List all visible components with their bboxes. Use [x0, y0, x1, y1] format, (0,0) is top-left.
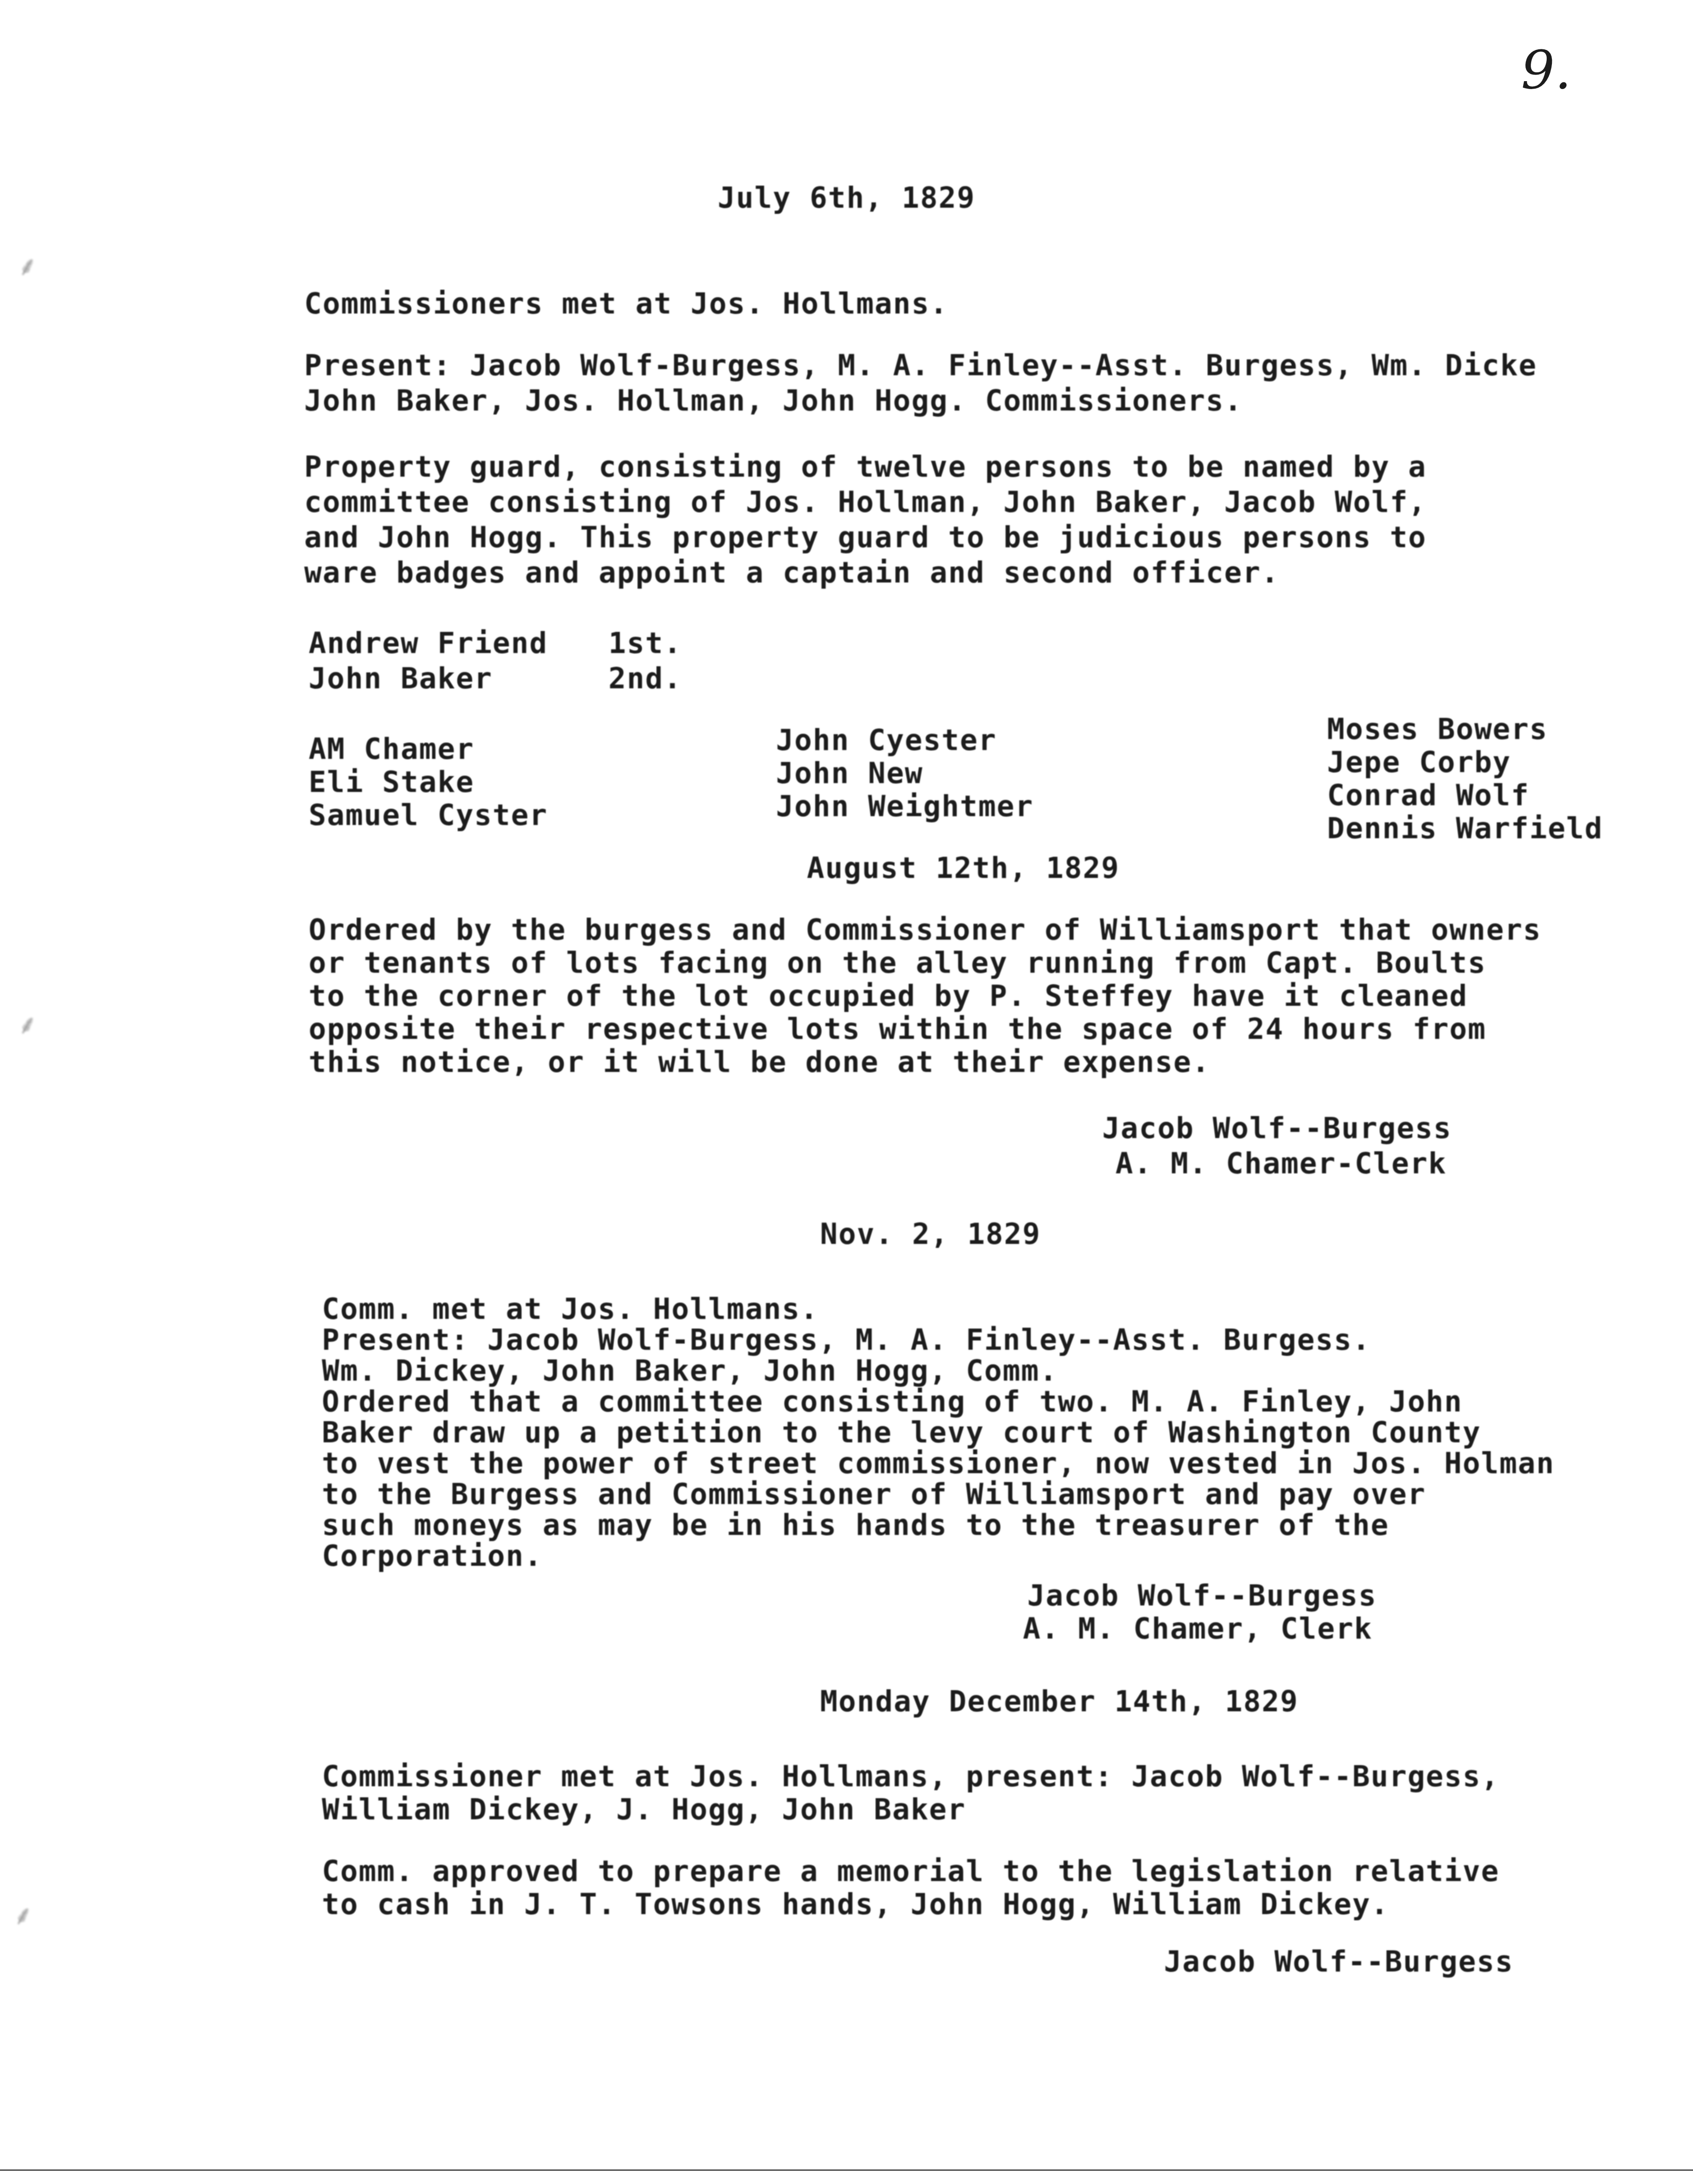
- entry-line: committee consisting of Jos. Hollman, Jo…: [304, 485, 1427, 519]
- page-edge-line: [0, 2169, 1693, 2171]
- entry-line: Commissioner met at Jos. Hollmans, prese…: [322, 1759, 1499, 1793]
- entry-date: Nov. 2, 1829: [820, 1217, 1041, 1251]
- guard-name: Conrad Wolf: [1327, 778, 1529, 812]
- entry-line: to the corner of the lot occupied by P. …: [309, 979, 1468, 1013]
- entry-line: Wm. Dickey, John Baker, John Hogg, Comm.: [322, 1354, 1058, 1388]
- margin-mark: ⸙: [18, 247, 37, 283]
- signature: Jacob Wolf--Burgess: [1164, 1945, 1514, 1979]
- entry-date: Monday December 14th, 1829: [820, 1684, 1298, 1718]
- page-number: 9.: [1521, 40, 1572, 101]
- entry-line: Baker draw up a petition to the levy cou…: [322, 1415, 1481, 1449]
- entry-line: to vest the power of street commissioner…: [322, 1446, 1555, 1480]
- entry-line: ware badges and appoint a captain and se…: [304, 556, 1279, 590]
- officer-name: John Baker: [309, 661, 492, 695]
- officer-rank: 1st.: [608, 626, 682, 660]
- entry-line: William Dickey, J. Hogg, John Baker: [322, 1792, 966, 1826]
- entry-line: such moneys as may be in his hands to th…: [322, 1508, 1389, 1542]
- guard-name: John New: [776, 756, 923, 790]
- entry-line: or tenants of lots facing on the alley r…: [309, 946, 1486, 980]
- entry-line: John Baker, Jos. Hollman, John Hogg. Com…: [304, 384, 1243, 418]
- guard-name: Samuel Cyster: [309, 798, 548, 832]
- signature: Jacob Wolf--Burgess: [1027, 1579, 1377, 1613]
- margin-mark: ⸙: [13, 1896, 33, 1932]
- entry-line: Corporation.: [322, 1539, 543, 1573]
- entry-line: Ordered by the burgess and Commissioner …: [309, 913, 1541, 947]
- entry-line: Ordered that a committee consisting of t…: [322, 1385, 1463, 1419]
- guard-name: Eli Stake: [309, 765, 474, 799]
- guard-name: Jepe Corby: [1327, 745, 1511, 779]
- guard-name: John Cyester: [776, 723, 997, 757]
- entry-line: to the Burgess and Commissioner of Willi…: [322, 1477, 1426, 1511]
- margin-mark: ⸙: [18, 1005, 37, 1042]
- signature: A. M. Chamer, Clerk: [1023, 1612, 1372, 1646]
- entry-line: Comm. approved to prepare a memorial to …: [322, 1854, 1499, 1888]
- guard-name: Moses Bowers: [1327, 712, 1548, 746]
- entry-line: to cash in J. T. Towsons hands, John Hog…: [322, 1887, 1389, 1921]
- entry-line: Comm. met at Jos. Hollmans.: [322, 1292, 819, 1326]
- entry-line: Present: Jacob Wolf-Burgess, M. A. Finle…: [304, 348, 1537, 382]
- officer-name: Andrew Friend: [309, 626, 548, 660]
- entry-date: August 12th, 1829: [807, 851, 1120, 885]
- signature: Jacob Wolf--Burgess: [1102, 1111, 1452, 1145]
- guard-name: John Weightmer: [776, 789, 1033, 823]
- entry-date: July 6th, 1829: [0, 181, 1693, 215]
- guard-name: AM Chamer: [309, 732, 474, 766]
- entry-line: opposite their respective lots within th…: [309, 1012, 1486, 1046]
- signature: A. M. Chamer-Clerk: [1115, 1146, 1447, 1180]
- entry-line: Property guard, consisting of twelve per…: [304, 450, 1427, 484]
- entry-line: this notice, or it will be done at their…: [309, 1045, 1210, 1079]
- entry-line: and John Hogg. This property guard to be…: [304, 520, 1427, 554]
- guard-name: Dennis Warfield: [1327, 811, 1603, 845]
- entry-line: Commissioners met at Jos. Hollmans.: [304, 287, 948, 321]
- document-page: 9. ⸙ ⸙ ⸙ July 6th, 1829 Commissioners me…: [0, 0, 1693, 2184]
- entry-line: Present: Jacob Wolf-Burgess, M. A. Finle…: [322, 1323, 1371, 1357]
- officer-rank: 2nd.: [608, 661, 682, 695]
